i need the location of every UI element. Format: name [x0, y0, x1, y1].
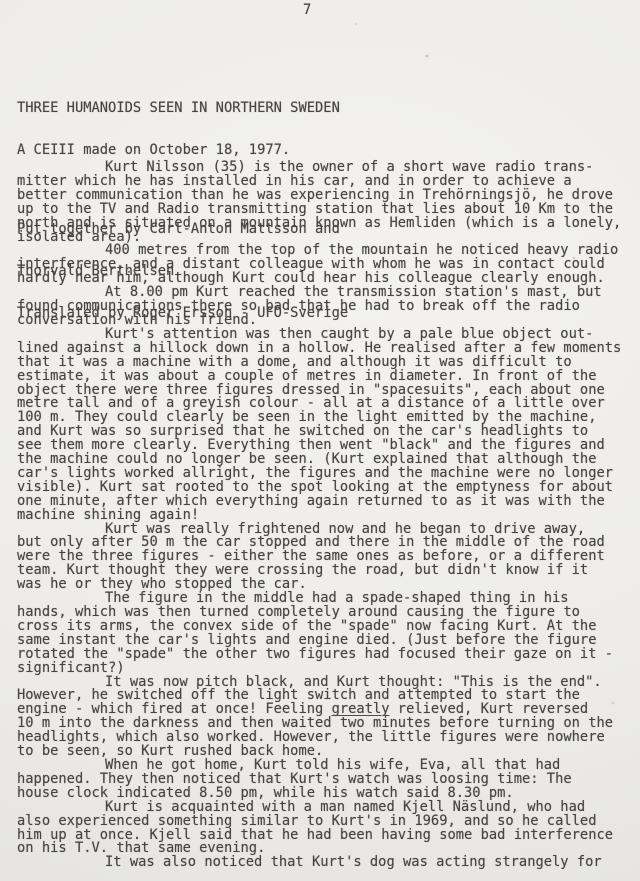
text-segment: Kurt's attention was then caught by a pa…: [17, 326, 621, 523]
document-body: Kurt Nilsson (35) is the owner of a shor…: [17, 161, 621, 870]
document-title-line-1: THREE HUMANOIDS SEEN IN NORTHERN SWEDEN: [17, 102, 348, 116]
text-segment: Kurt is acquainted with a man named Kjel…: [17, 799, 613, 857]
paragraph: At 8.00 pm Kurt reached the transmission…: [17, 286, 621, 328]
document-title-line-2: A CEIII made on October 18, 1977.: [17, 144, 348, 158]
paragraph: 400 metres from the top of the mountain …: [17, 244, 621, 286]
page-number: 7: [303, 4, 311, 18]
paragraph: Kurt's attention was then caught by a pa…: [17, 328, 621, 523]
paragraph: Kurt is acquainted with a man named Kjel…: [17, 801, 621, 857]
document-page: 7 THREE HUMANOIDS SEEN IN NORTHERN SWEDE…: [0, 0, 640, 881]
paragraph: It was now pitch black, and Kurt thought…: [17, 676, 621, 759]
paragraph: It was also noticed that Kurt's dog was …: [17, 856, 621, 870]
text-segment: The figure in the middle had a spade-sha…: [17, 590, 613, 676]
paragraph: The figure in the middle had a spade-sha…: [17, 592, 621, 675]
paragraph: Kurt Nilsson (35) is the owner of a shor…: [17, 161, 621, 244]
text-segment: Kurt was really frightened now and he be…: [17, 521, 605, 593]
paragraph: Kurt was really frightened now and he be…: [17, 523, 621, 593]
text-segment: It was also noticed that Kurt's dog was …: [105, 854, 602, 870]
text-segment: When he got home, Kurt told his wife, Ev…: [17, 757, 572, 801]
text-segment: Kurt Nilsson (35) is the owner of a shor…: [17, 159, 621, 245]
paragraph: When he got home, Kurt told his wife, Ev…: [17, 759, 621, 801]
text-segment: At 8.00 pm Kurt reached the transmission…: [17, 284, 602, 328]
text-segment: 400 metres from the top of the mountain …: [17, 242, 618, 286]
